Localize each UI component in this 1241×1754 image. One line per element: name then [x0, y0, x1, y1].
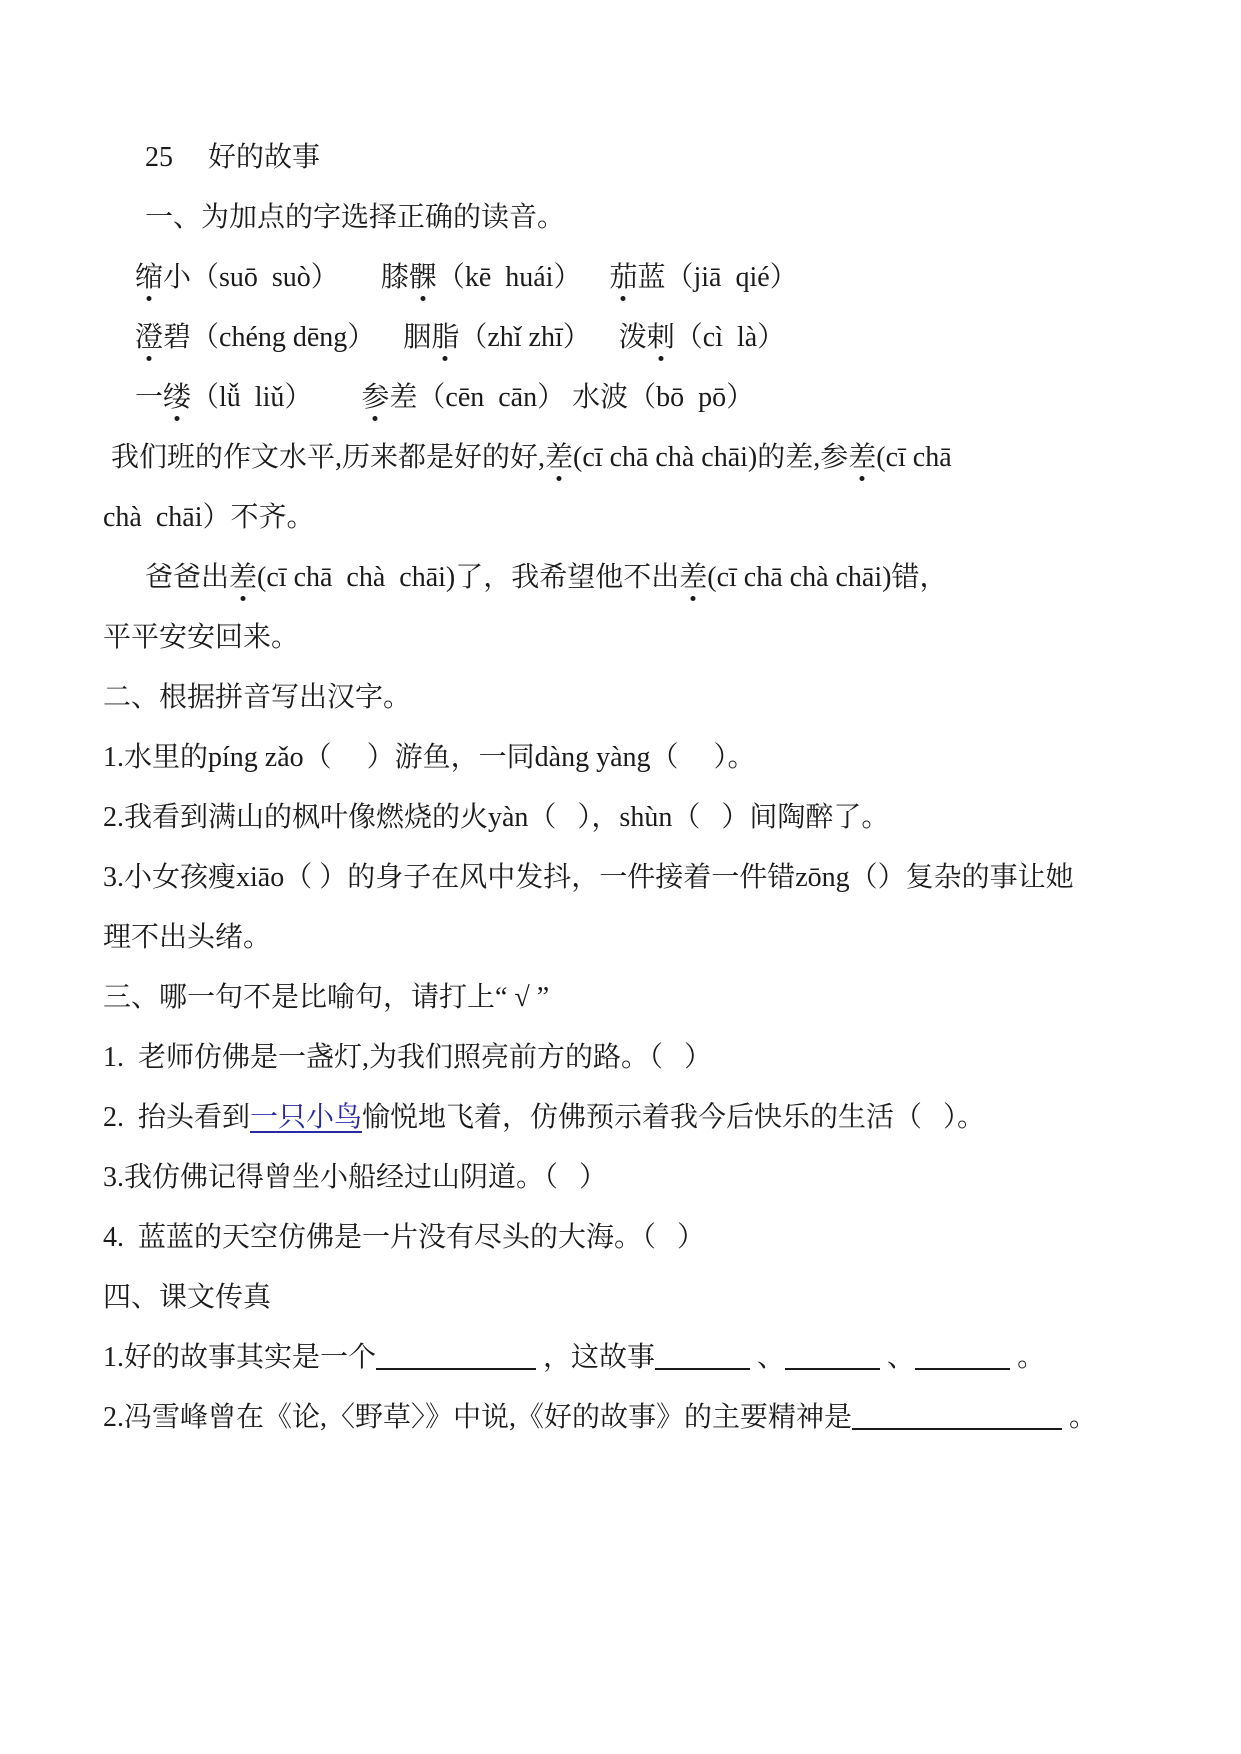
hyperlink-text[interactable]: 一只小鸟	[250, 1102, 362, 1133]
sentence-cha-2-line-1: 爸爸出差(cī chā chà chāi)了，我希望他不出差(cī chā ch…	[103, 548, 1161, 608]
section-3-heading: 三、哪一句不是比喻句，请打上“ √ ”	[103, 968, 1161, 1028]
text-run: 爸爸出	[145, 562, 229, 593]
text-run: 平平安安回来。	[103, 622, 299, 653]
section-4-heading: 四、课文传真	[103, 1268, 1161, 1328]
text-run: 二、根据拼音写出汉字。	[103, 682, 411, 713]
text-recall-question-2: 2.冯雪峰曾在《论,〈野草〉》中说,《好的故事》的主要精神是 。	[103, 1388, 1161, 1448]
text-run: 一	[135, 382, 163, 413]
text-run: （zhǐ zhī） 泼	[459, 322, 646, 353]
text-run: 三、哪一句不是比喻句，请打上“ √ ”	[103, 982, 549, 1013]
text-run: 、	[750, 1342, 785, 1373]
text-recall-question-1: 1.好的故事其实是一个 ，这故事 、 、 。	[103, 1328, 1161, 1388]
document-body: 25 好的故事一、为加点的字选择正确的读音。缩小（suō suò） 膝髁（kē …	[103, 128, 1161, 1448]
text-run: 我们班的作文水平,历来都是好的好,	[111, 442, 545, 473]
text-run: 蓝（jiā qié）	[637, 262, 797, 293]
section-2-heading: 二、根据拼音写出汉字。	[103, 668, 1161, 728]
answer-blank	[915, 1368, 1010, 1370]
text-run: 1.水里的píng zǎo（ ）游鱼，一同dàng yàng（ ）。	[103, 742, 756, 773]
text-run: 。	[1010, 1342, 1045, 1373]
metaphor-item-3: 3.我仿佛记得曾坐小船经过山阴道。（ ）	[103, 1148, 1161, 1208]
metaphor-item-4: 4. 蓝蓝的天空仿佛是一片没有尽头的大海。（ ）	[103, 1208, 1161, 1268]
text-run: 、	[880, 1342, 915, 1373]
text-run: 2.冯雪峰曾在《论,〈野草〉》中说,《好的故事》的主要精神是	[103, 1402, 852, 1433]
emphasis-dotted-char: 缕	[163, 368, 191, 428]
text-run: 3.小女孩瘦xiāo（ ）的身子在风中发抖，一件接着一件错zōng（）复杂的事让…	[103, 862, 1074, 893]
section-1-heading: 一、为加点的字选择正确的读音。	[103, 188, 1161, 248]
text-run: 25 好的故事	[145, 142, 320, 173]
answer-blank	[852, 1428, 1062, 1430]
pronunciation-row-2: 澄碧（chéng dēng） 胭脂（zhǐ zhī） 泼剌（cì là）	[103, 308, 1161, 368]
emphasis-dotted-char: 差	[545, 428, 573, 488]
text-run: 2. 抬头看到	[103, 1102, 250, 1133]
text-run: 1. 老师仿佛是一盏灯,为我们照亮前方的路。（ ）	[103, 1042, 712, 1073]
text-run: 2.我看到满山的枫叶像燃烧的火yàn（ ），shùn（ ）间陶醉了。	[103, 802, 889, 833]
pronunciation-row-3: 一缕（lǚ liǔ） 参差（cēn cān） 水波（bō pō）	[103, 368, 1161, 428]
text-run: (cī chā chà chāi)错，	[707, 562, 947, 593]
answer-blank	[655, 1368, 750, 1370]
pinyin-question-2: 2.我看到满山的枫叶像燃烧的火yàn（ ），shùn（ ）间陶醉了。	[103, 788, 1161, 848]
emphasis-dotted-char: 缩	[135, 248, 163, 308]
text-run: 一、为加点的字选择正确的读音。	[145, 202, 565, 233]
text-run: 碧（chéng dēng） 胭	[163, 322, 431, 353]
emphasis-dotted-char: 脂	[431, 308, 459, 368]
emphasis-dotted-char: 茄	[609, 248, 637, 308]
sentence-cha-1-line-1: 我们班的作文水平,历来都是好的好,差(cī chā chà chāi)的差,参差…	[103, 428, 1161, 488]
pinyin-question-1: 1.水里的píng zǎo（ ）游鱼，一同dàng yàng（ ）。	[103, 728, 1161, 788]
text-run: (cī chā chà chāi)的差,参	[573, 442, 848, 473]
text-run: ，这故事	[536, 1342, 655, 1373]
text-run: （kē huái）	[437, 262, 610, 293]
emphasis-dotted-char: 澄	[135, 308, 163, 368]
text-run: 4. 蓝蓝的天空仿佛是一片没有尽头的大海。（ ）	[103, 1222, 705, 1253]
metaphor-item-2: 2. 抬头看到一只小鸟愉悦地飞着，仿佛预示着我今后快乐的生活（ ）。	[103, 1088, 1161, 1148]
lesson-title: 25 好的故事	[103, 128, 1161, 188]
text-run: chà chāi）不齐。	[103, 502, 315, 533]
sentence-cha-2-line-2: 平平安安回来。	[103, 608, 1161, 668]
worksheet-page: 25 好的故事一、为加点的字选择正确的读音。缩小（suō suò） 膝髁（kē …	[0, 0, 1241, 1754]
text-run: 1.好的故事其实是一个	[103, 1342, 376, 1373]
pinyin-question-3-line-1: 3.小女孩瘦xiāo（ ）的身子在风中发抖，一件接着一件错zōng（）复杂的事让…	[103, 848, 1161, 908]
answer-blank	[376, 1368, 536, 1370]
text-run: 理不出头绪。	[103, 922, 271, 953]
pinyin-question-3-line-2: 理不出头绪。	[103, 908, 1161, 968]
text-run: 小（suō suò） 膝	[163, 262, 409, 293]
text-run: （lǚ liǔ）	[191, 382, 361, 413]
text-run: 愉悦地飞着，仿佛预示着我今后快乐的生活（ ）。	[362, 1102, 985, 1133]
text-run: (cī chā chà chāi)了，我希望他不出	[257, 562, 679, 593]
text-run: (cī chā	[876, 442, 951, 473]
emphasis-dotted-char: 参	[361, 368, 389, 428]
pronunciation-row-1: 缩小（suō suò） 膝髁（kē huái） 茄蓝（jiā qié）	[103, 248, 1161, 308]
text-run: （cì là）	[675, 322, 785, 353]
text-run: 3.我仿佛记得曾坐小船经过山阴道。（ ）	[103, 1162, 607, 1193]
emphasis-dotted-char: 差	[229, 548, 257, 608]
emphasis-dotted-char: 差	[848, 428, 876, 488]
emphasis-dotted-char: 髁	[409, 248, 437, 308]
text-run: 四、课文传真	[103, 1282, 271, 1313]
answer-blank	[785, 1368, 880, 1370]
text-run: 。	[1062, 1402, 1097, 1433]
text-run: 差（cēn cān） 水波（bō pō）	[389, 382, 754, 413]
emphasis-dotted-char: 剌	[647, 308, 675, 368]
sentence-cha-1-line-2: chà chāi）不齐。	[103, 488, 1161, 548]
metaphor-item-1: 1. 老师仿佛是一盏灯,为我们照亮前方的路。（ ）	[103, 1028, 1161, 1088]
emphasis-dotted-char: 差	[679, 548, 707, 608]
